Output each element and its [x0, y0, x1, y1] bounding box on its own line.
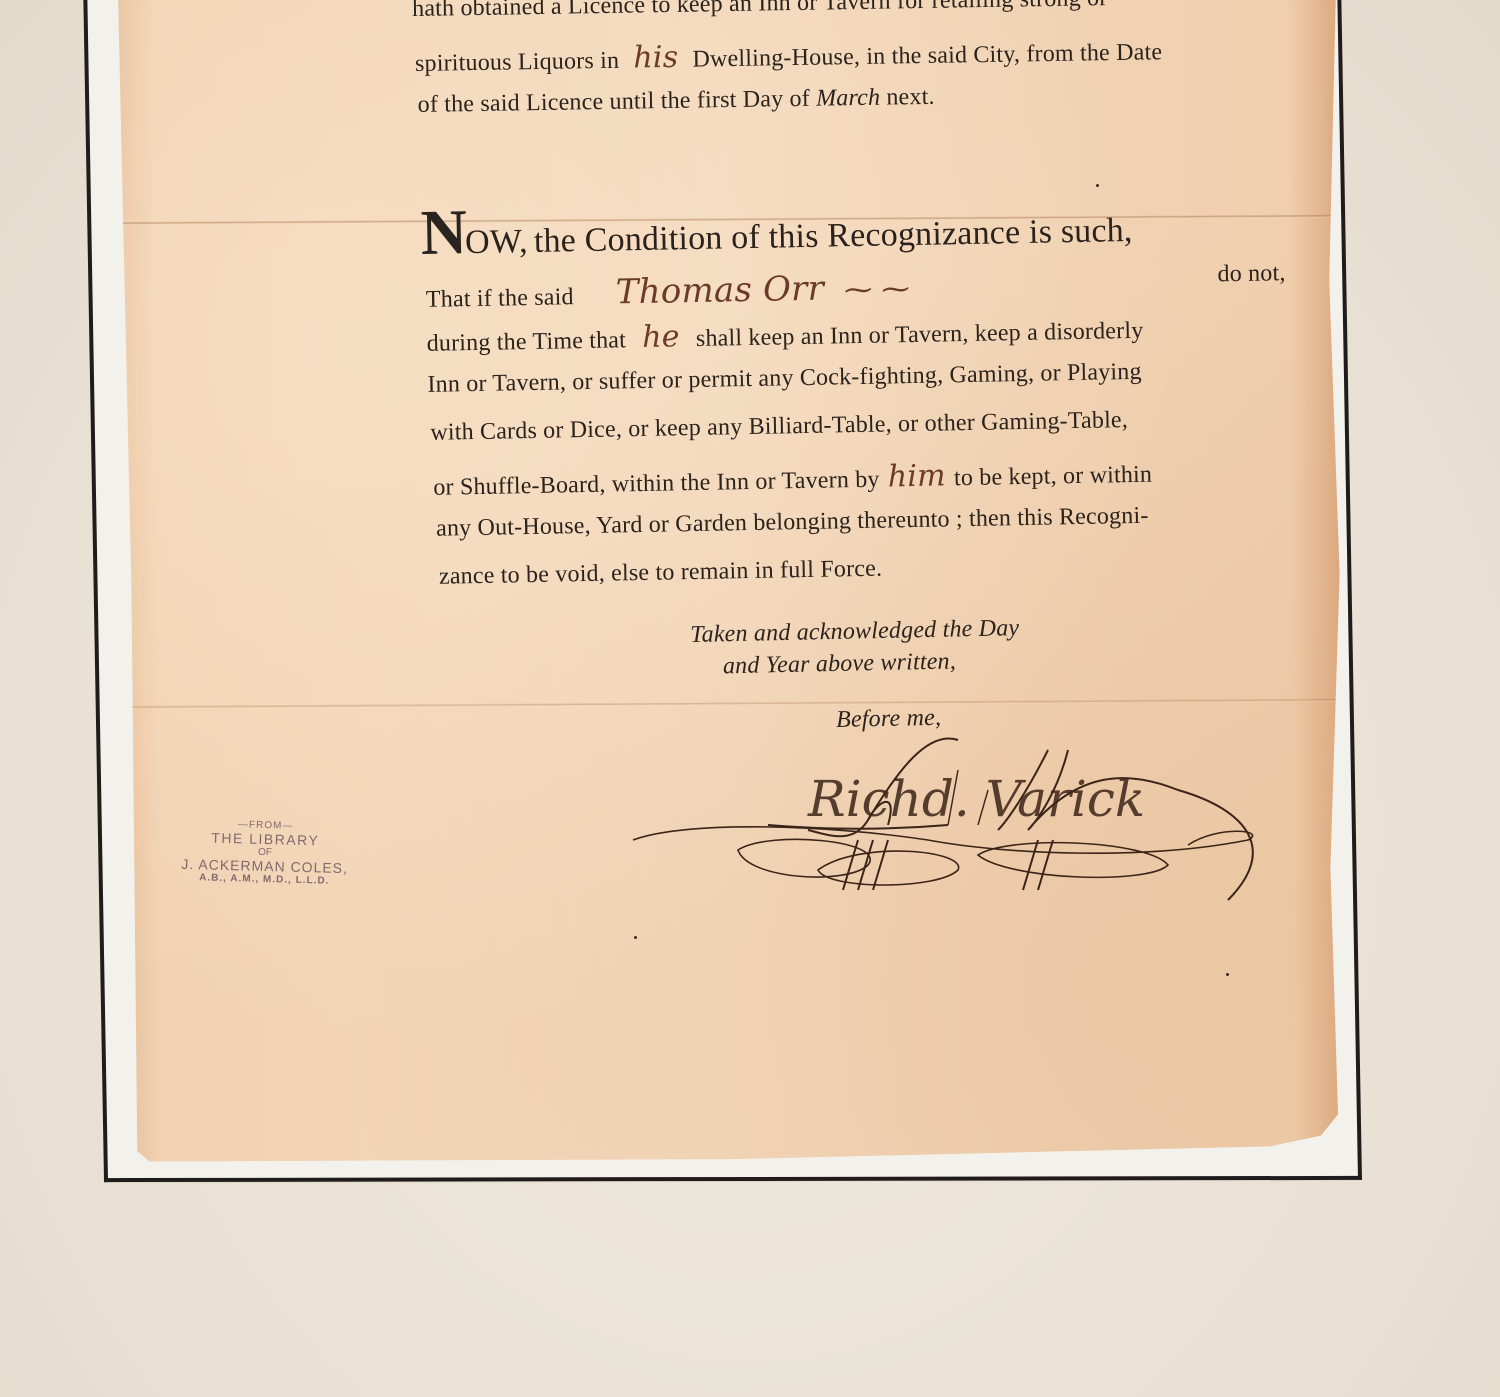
- ink-speck: [1226, 973, 1229, 976]
- fold-line: [122, 698, 1340, 708]
- signature-text: Richd. Varick: [808, 770, 1145, 828]
- signature: Richd. Varick Richd. Varick: [628, 730, 1288, 910]
- ink-speck: [634, 936, 637, 939]
- handwritten-entry: him: [887, 458, 946, 494]
- condition-heading: NOW, the Condition of this Recognizance …: [420, 183, 1133, 270]
- library-stamp: —FROM— THE LIBRARY OF J. ACKERMAN COLES,…: [159, 817, 371, 887]
- handwritten-entry: his: [633, 40, 678, 76]
- ink-speck: [1096, 184, 1099, 187]
- handwritten-entry: he: [642, 319, 680, 355]
- flourish: ⁓ ⁓: [844, 272, 910, 306]
- handwritten-name: Thomas Orr: [615, 269, 824, 313]
